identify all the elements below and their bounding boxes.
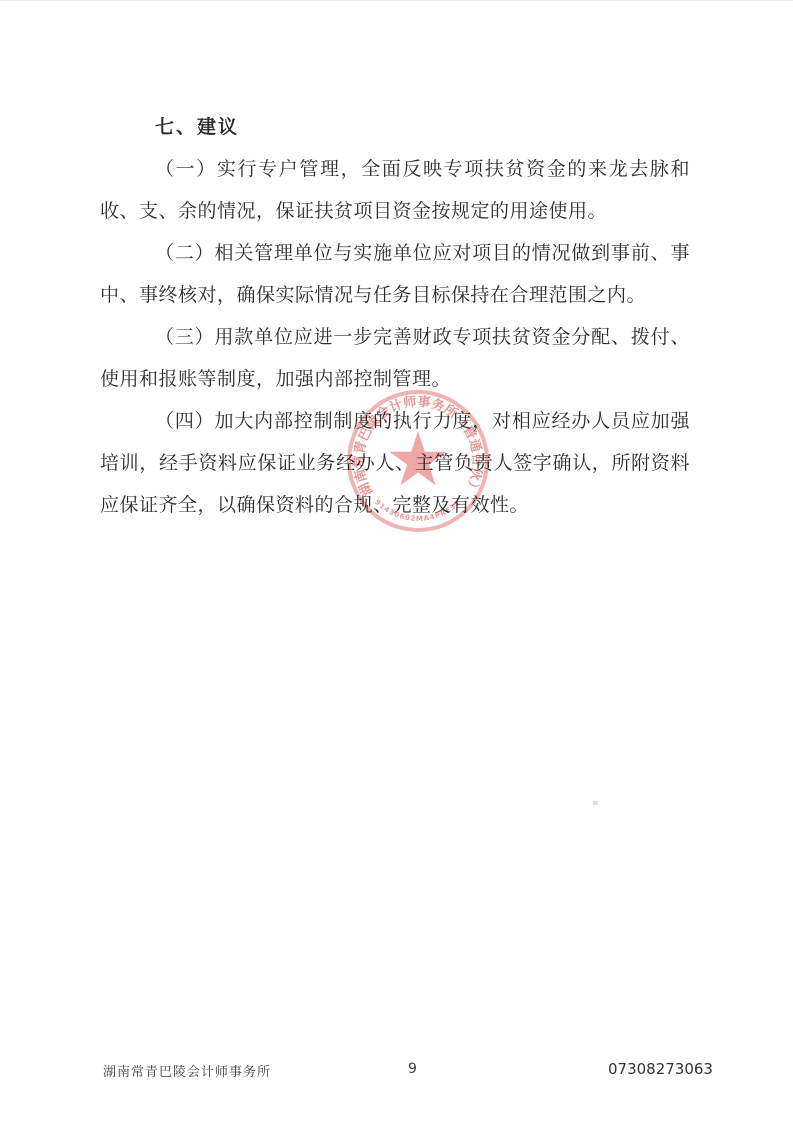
page-footer: 湖南常青巴陵会计师事务所 9 07308273063 [0, 1059, 793, 1083]
recommendation-paragraph-3: （三）用款单位应进一步完善财政专项扶贫资金分配、拨付、使用和报账等制度，加强内部… [100, 317, 690, 401]
recommendation-paragraph-4: （四）加大内部控制制度的执行力度，对相应经办人员应加强培训，经手资料应保证业务经… [100, 401, 690, 527]
footer-page-number: 9 [408, 1061, 417, 1077]
footer-firm-name: 湖南常青巴陵会计师事务所 [103, 1061, 271, 1080]
recommendation-paragraph-1: （一）实行专户管理，全面反映专项扶贫资金的来龙去脉和收、支、余的情况，保证扶贫项… [100, 149, 690, 233]
report-body: 七、建议 （一）实行专户管理，全面反映专项扶贫资金的来龙去脉和收、支、余的情况，… [100, 107, 690, 527]
scan-artifact-speck [593, 801, 598, 805]
footer-phone-number: 07308273063 [608, 1060, 713, 1078]
document-page: 七、建议 （一）实行专户管理，全面反映专项扶贫资金的来龙去脉和收、支、余的情况，… [0, 0, 793, 1122]
recommendation-paragraph-2: （二）相关管理单位与实施单位应对项目的情况做到事前、事中、事终核对，确保实际情况… [100, 233, 690, 317]
section-heading: 七、建议 [100, 107, 690, 149]
